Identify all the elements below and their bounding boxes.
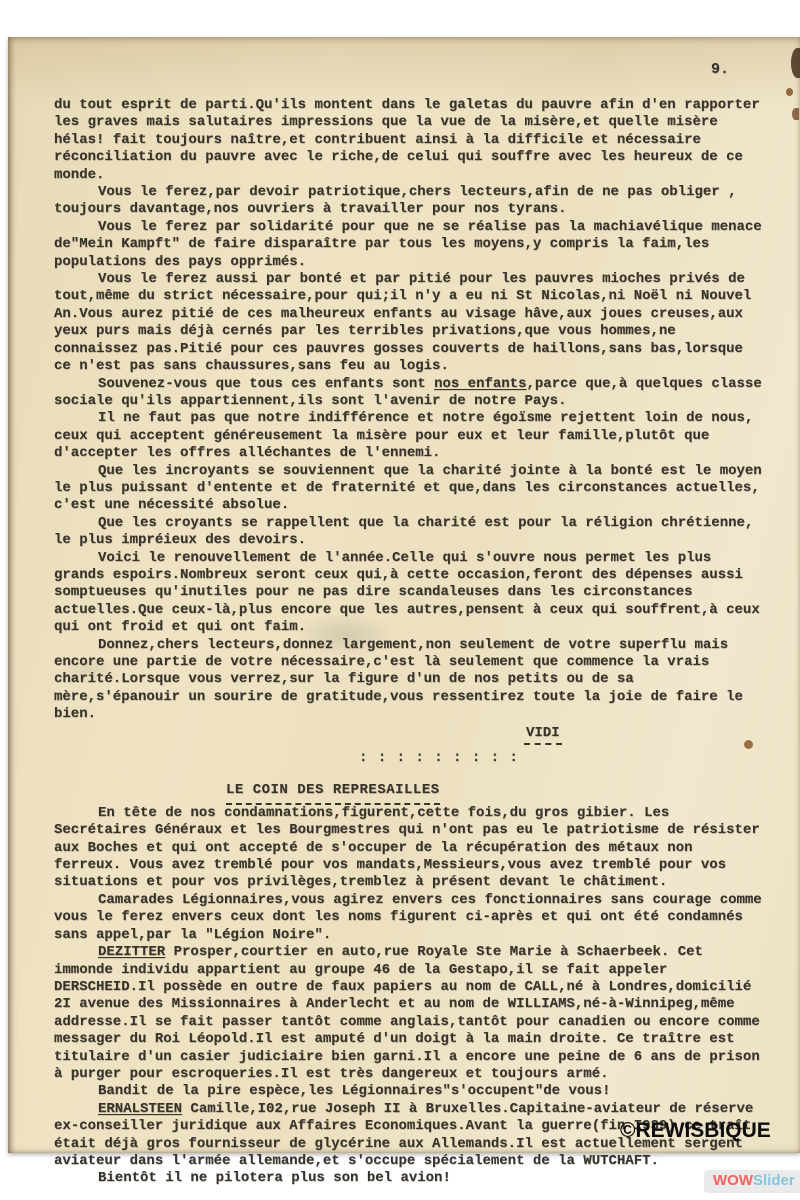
paragraph-text: Prosper,courtier en auto,rue Royale Ste …	[54, 944, 760, 1082]
paragraph: Bientôt il ne pilotera plus son bel avio…	[54, 1170, 768, 1187]
page-number: 9.	[711, 61, 729, 78]
paragraph: Vous le ferez aussi par bonté et par pit…	[54, 271, 768, 375]
paragraph: du tout esprit de parti.Qu'ils montent d…	[54, 97, 768, 184]
condemned-name: DEZITTER	[98, 944, 165, 960]
condemned-name: ERNALSTEEN	[98, 1101, 182, 1117]
document-text: du tout esprit de parti.Qu'ils montent d…	[54, 97, 768, 1188]
paragraph: Bandit de la pire espèce,les Légionnaire…	[54, 1083, 768, 1100]
copyright-watermark: ©REWISBIQUE	[620, 1119, 771, 1143]
paragraph-text: Souvenez-vous que tous ces enfants sont	[98, 376, 434, 392]
paragraph: DEZITTER Prosper,courtier en auto,rue Ro…	[54, 944, 768, 1083]
wowslider-badge-slider: Slider	[753, 1172, 795, 1189]
paragraph: En tête de nos condamnations,figurent,ce…	[54, 805, 768, 892]
paragraph: Vous le ferez,par devoir patriotique,che…	[54, 184, 768, 219]
document-paper: 9. du tout esprit de parti.Qu'ils monten…	[8, 37, 800, 1153]
section-heading: LE COIN DES REPRESAILLES	[226, 782, 440, 804]
underlined-phrase: nos enfants	[434, 376, 526, 392]
wowslider-badge[interactable]: WOWSlider	[704, 1170, 800, 1193]
colon-separator: : : : : : : : : :	[359, 750, 768, 767]
paragraph: Vous le ferez par solidarité pour que ne…	[54, 219, 768, 271]
section-heading-row: LE COIN DES REPRESAILLES	[226, 782, 768, 804]
paragraph: Que les croyants se rappellent que la ch…	[54, 515, 768, 550]
paragraph: Voici le renouvellement de l'année.Celle…	[54, 550, 768, 637]
signature-row: VIDI	[524, 725, 768, 745]
paragraph: Il ne faut pas que notre indifférence et…	[54, 410, 768, 462]
paragraph: Souvenez-vous que tous ces enfants sont …	[54, 376, 768, 411]
paragraph: Camarades Légionnaires,vous agirez enver…	[54, 892, 768, 944]
scanned-page: 9. du tout esprit de parti.Qu'ils monten…	[0, 0, 800, 1200]
signature: VIDI	[524, 725, 562, 745]
wowslider-badge-wow: WOW	[713, 1172, 753, 1189]
paragraph: Donnez,chers lecteurs,donnez largement,n…	[54, 637, 768, 724]
paragraph: Que les incroyants se souviennent que la…	[54, 463, 768, 515]
